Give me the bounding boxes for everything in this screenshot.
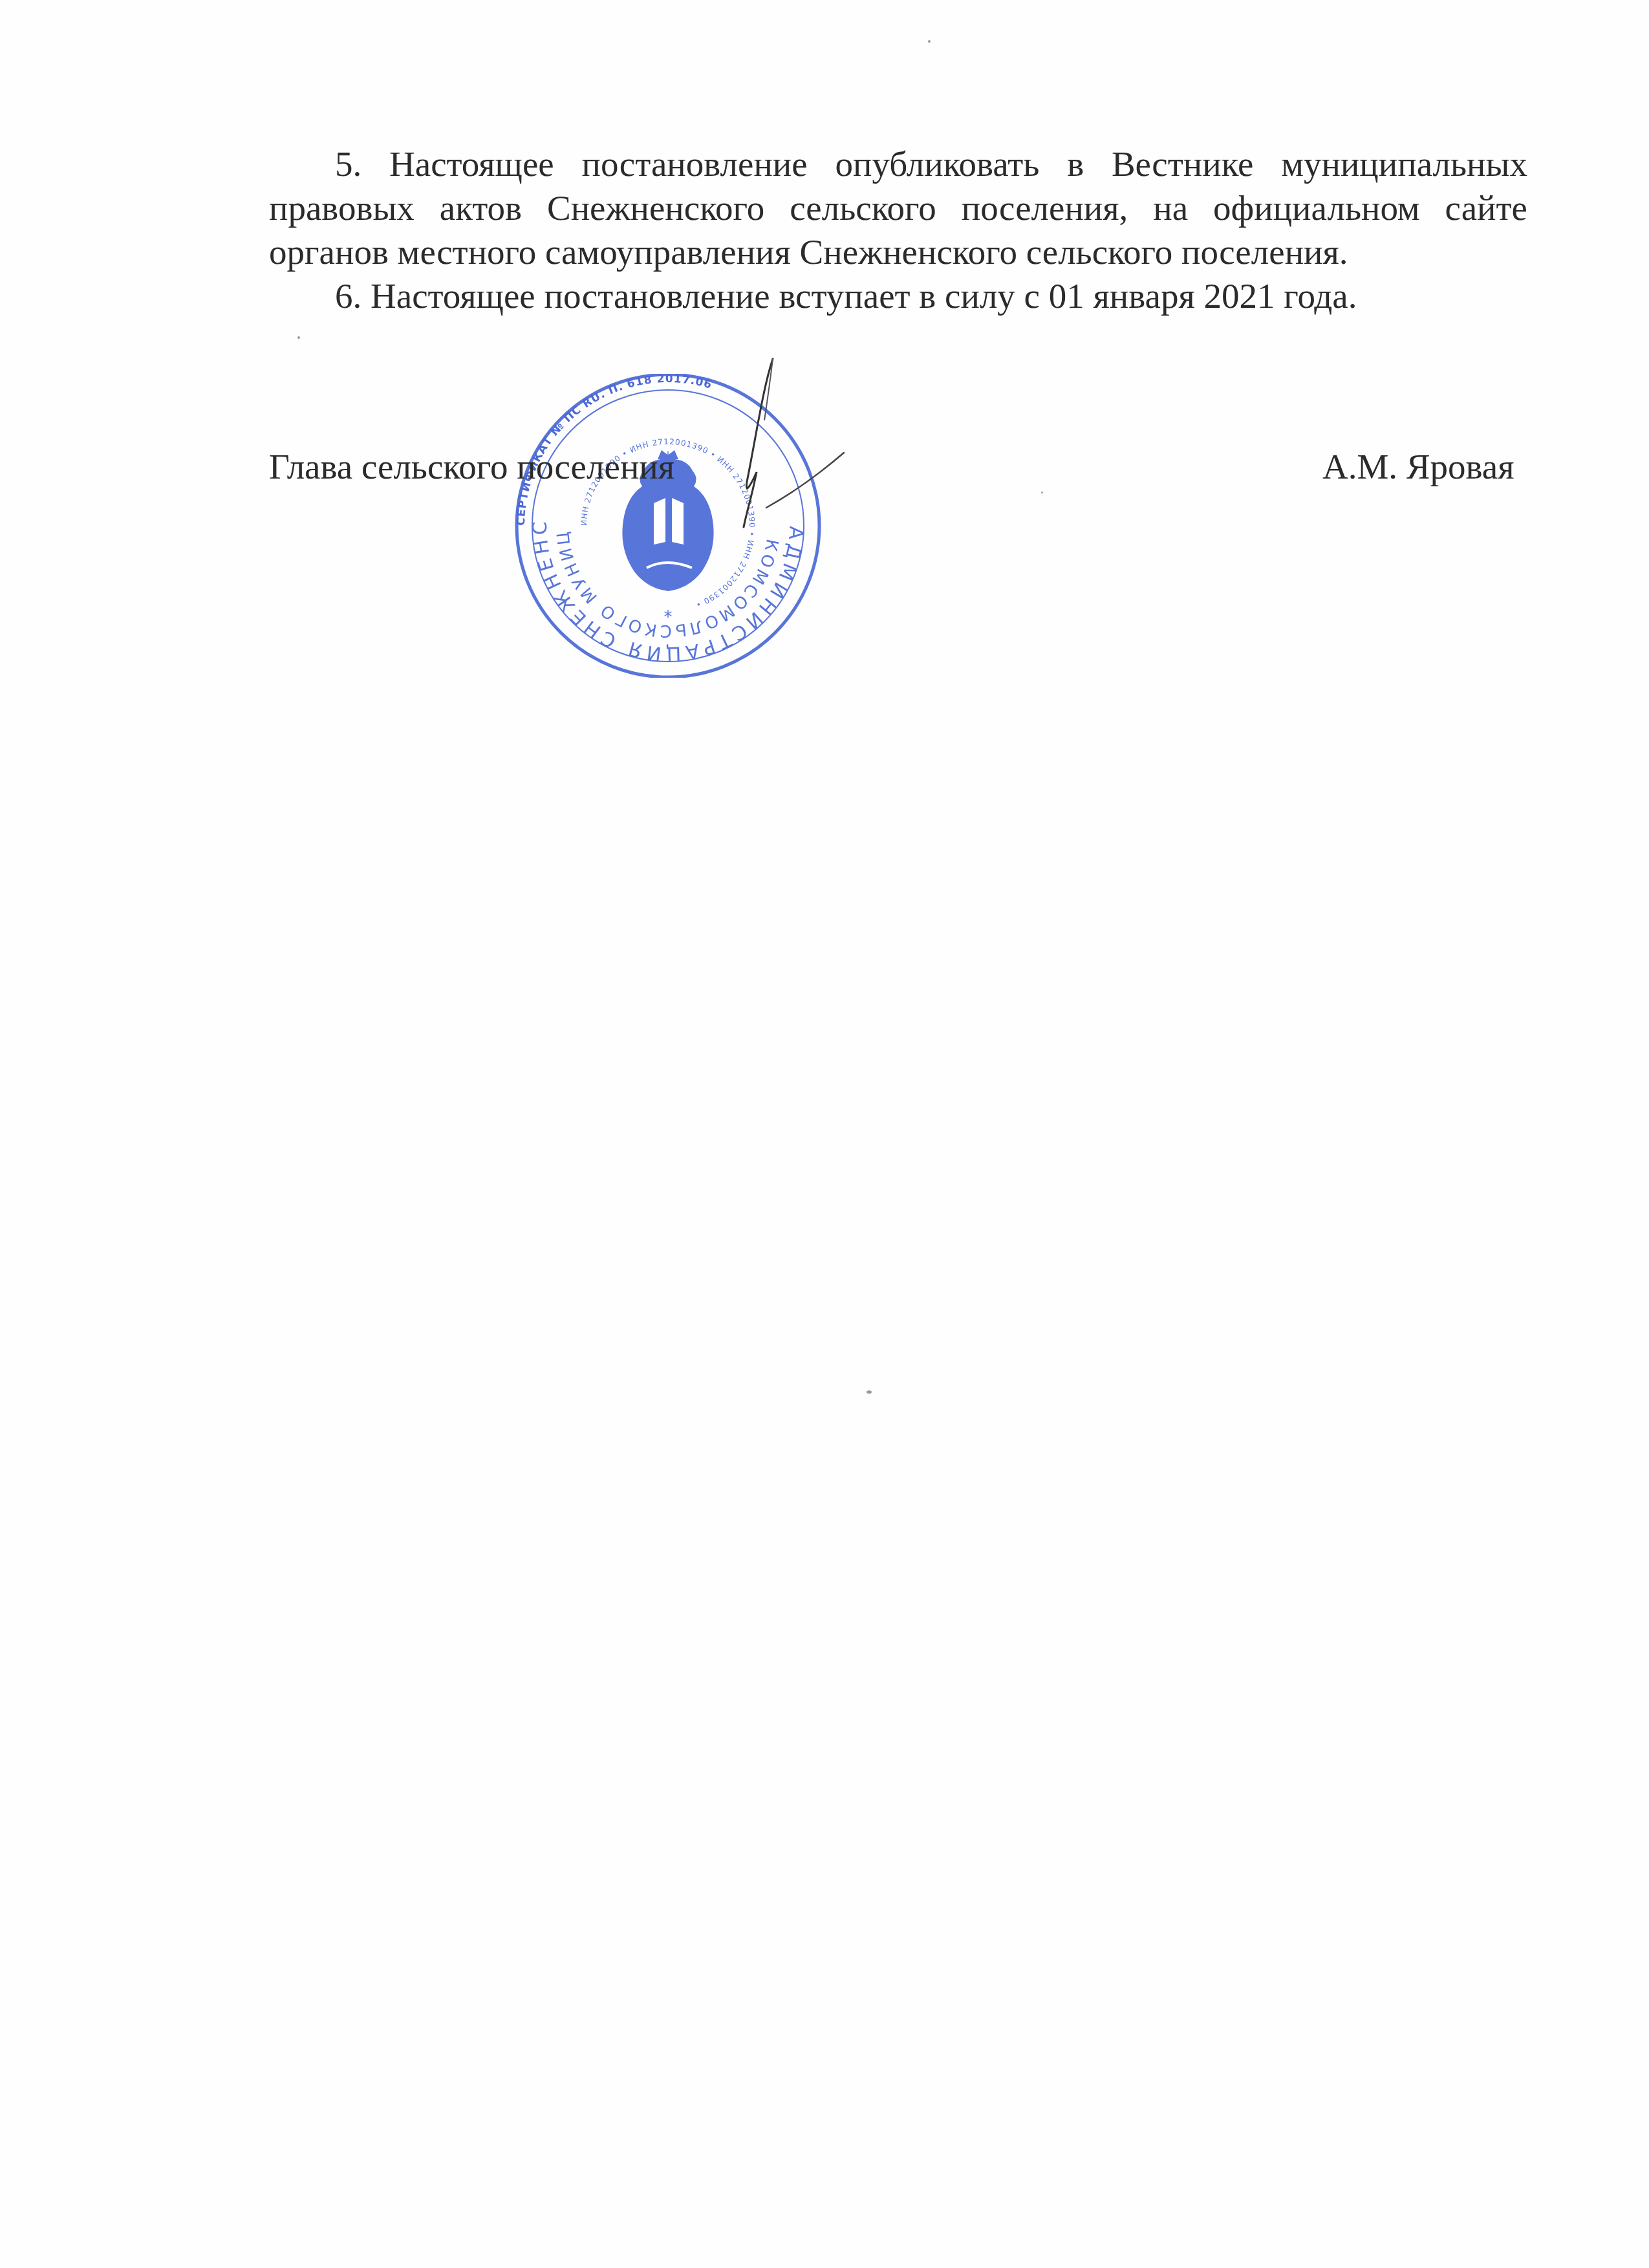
scan-speck <box>297 336 300 339</box>
signatory-title: Глава сельского поселения <box>269 446 674 487</box>
scan-speck <box>928 40 931 43</box>
paragraph-publication: 5. Настоящее постановление опубликовать … <box>269 142 1527 274</box>
document-body: 5. Настоящее постановление опубликовать … <box>269 142 1527 318</box>
scan-speck <box>1041 491 1043 493</box>
scan-speck <box>867 1390 872 1394</box>
document-page: 5. Настоящее постановление опубликовать … <box>0 0 1649 2268</box>
signatory-name: А.М. Яровая <box>1322 446 1514 487</box>
paragraph-effective-date: 6. Настоящее постановление вступает в си… <box>269 274 1527 318</box>
svg-text:*: * <box>664 608 673 627</box>
handwritten-signature <box>711 336 879 530</box>
